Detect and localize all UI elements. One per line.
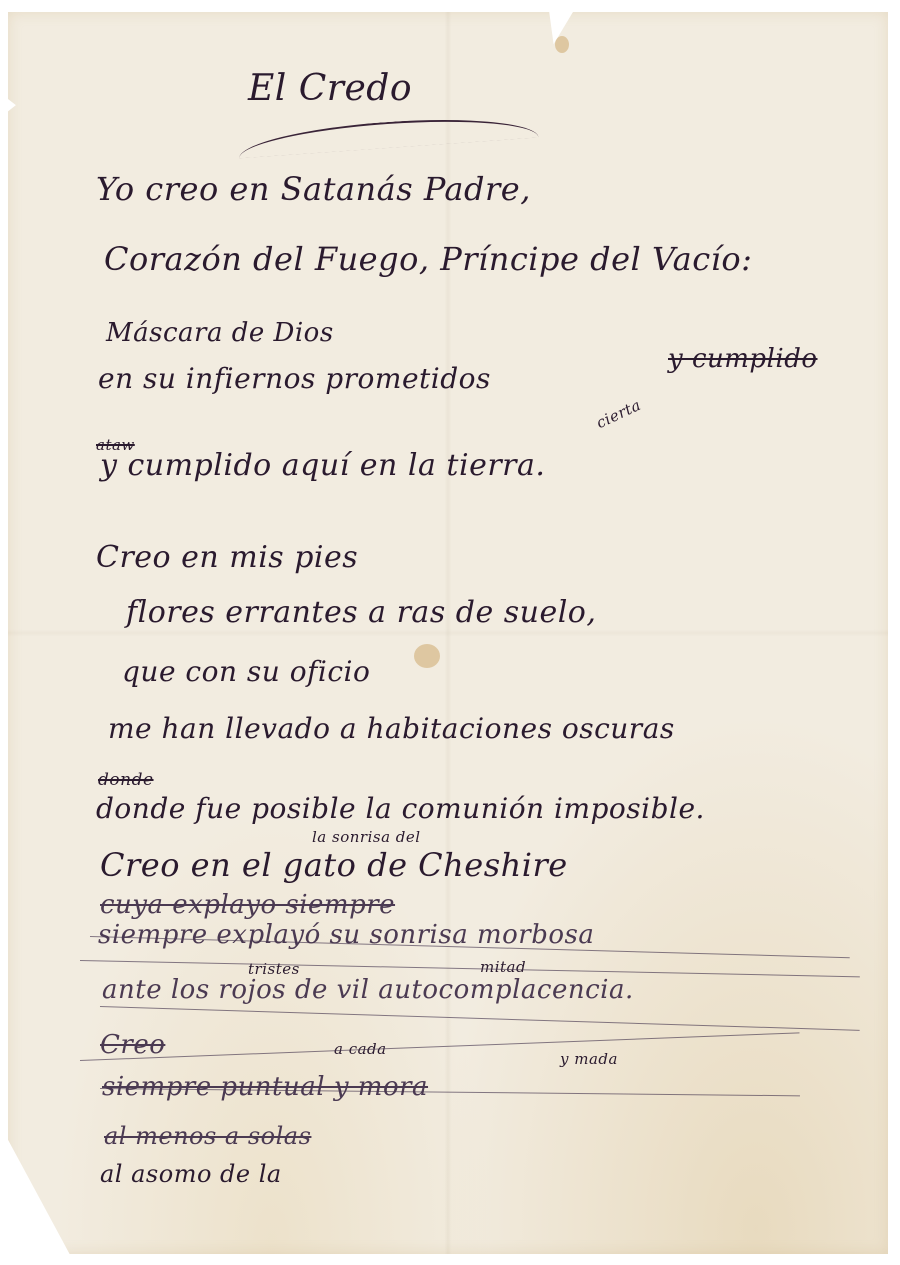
paper-stain [414, 644, 440, 668]
struck-line: siempre explayó su sonrisa morbosa [98, 920, 594, 950]
manuscript-line: Máscara de Dios [106, 318, 334, 348]
manuscript-line: Creo en mis pies [96, 540, 358, 575]
page-title: El Credo [248, 68, 412, 109]
manuscript-line: en su infiernos prometidos [98, 362, 491, 395]
struck-line: siempre puntual y mora [102, 1072, 428, 1102]
manuscript-line: donde fue posible la comunión imposible. [96, 792, 705, 825]
interlinear-insertion: y mada [560, 1050, 618, 1068]
struck-line: ante los rojos de vil autocomplacencia. [102, 975, 634, 1005]
manuscript-line: Creo en el gato de Cheshire [100, 846, 568, 884]
interlinear-insertion: mitad [480, 958, 526, 976]
manuscript-line: me han llevado a habitaciones oscuras [108, 712, 675, 745]
paper-stain [555, 36, 569, 53]
struck-line: cuya explayo siempre [100, 890, 395, 920]
struck-word: donde [98, 770, 154, 790]
manuscript-line: Yo creo en Satanás Padre, [96, 170, 531, 208]
interlinear-insertion: la sonrisa del [312, 828, 421, 846]
manuscript-line: que con su oficio [122, 655, 370, 688]
manuscript-line: Corazón del Fuego, Príncipe del Vacío: [104, 240, 752, 278]
manuscript-line: al asomo de la [100, 1160, 282, 1188]
manuscript-line: y cumplido aquí en la tierra. [100, 448, 545, 483]
manuscript-line: flores errantes a ras de suelo, [126, 595, 596, 630]
struck-word: y cumplido [668, 344, 818, 374]
struck-line: Creo [100, 1030, 165, 1060]
struck-line: al menos a solas [104, 1122, 311, 1150]
